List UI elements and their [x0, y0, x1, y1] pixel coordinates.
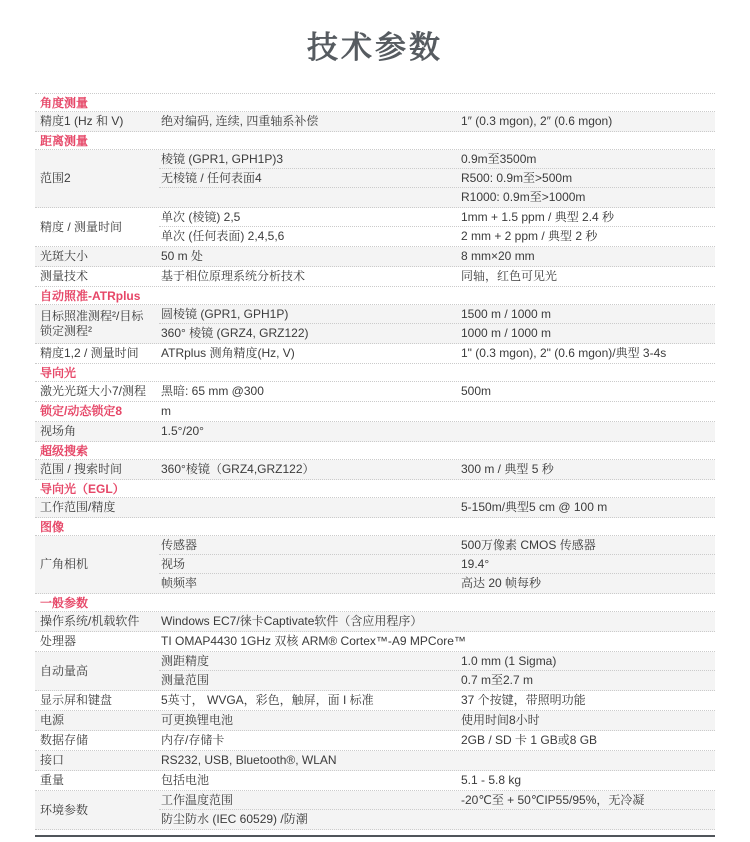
row-lines: 可更换锂电池使用时间8小时	[159, 711, 715, 730]
spec-line: 5英寸， WVGA，彩色，触屏，面 I 标准37 个按键，带照明功能	[159, 691, 715, 710]
cell-right: 1.0 mm (1 Sigma)	[459, 653, 715, 670]
row-label: 环境参数	[35, 791, 159, 829]
spec-row: 锁定/动态锁定8m	[35, 402, 715, 422]
spec-line: 工作温度范围-20℃至 + 50℃IP55/95%，无冷凝	[159, 791, 715, 810]
row-lines: 50 m 处8 mm×20 mm	[159, 247, 715, 266]
spec-row: 显示屏和键盘5英寸， WVGA，彩色，触屏，面 I 标准37 个按键，带照明功能	[35, 691, 715, 711]
spec-line: 圆棱镜 (GPR1, GPH1P)1500 m / 1000 m	[159, 305, 715, 324]
cell-mid: 防尘防水 (IEC 60529) /防潮	[159, 811, 459, 828]
section-header: 一般参数	[35, 594, 715, 612]
spec-row: 范围2棱镜 (GPR1, GPH1P)30.9m至3500m无棱镜 / 任何表面…	[35, 150, 715, 208]
cell-right: 37 个按键，带照明功能	[459, 692, 715, 709]
spec-line: 5-150m/典型5 cm @ 100 m	[159, 498, 715, 517]
cell-right: 5-150m/典型5 cm @ 100 m	[459, 499, 715, 516]
cell-mid: 视场	[159, 556, 459, 573]
cell-right: -20℃至 + 50℃IP55/95%，无冷凝	[459, 792, 715, 809]
cell-mid: RS232, USB, Bluetooth®, WLAN	[159, 752, 715, 769]
spec-row: 精度1,2 / 测量时间ATRplus 测角精度(Hz, V)1" (0.3 m…	[35, 344, 715, 364]
row-label: 测量技术	[35, 267, 159, 286]
spec-line: TI OMAP4430 1GHz 双核 ARM® Cortex™-A9 MPCo…	[159, 632, 715, 651]
row-lines: Windows EC7/徕卡Captivate软件（含应用程序）	[159, 612, 715, 631]
cell-mid: 测距精度	[159, 653, 459, 670]
cell-right: 高达 20 帧每秒	[459, 575, 715, 592]
cell-right: 同轴，红色可见光	[459, 268, 715, 285]
cell-right: 2 mm + 2 ppm / 典型 2 秒	[459, 228, 715, 245]
spec-row: 广角相机传感器500万像素 CMOS 传感器视场19.4°帧频率高达 20 帧每…	[35, 536, 715, 594]
cell-mid: 内存/存储卡	[159, 732, 459, 749]
cell-mid: 可更换锂电池	[159, 712, 459, 729]
row-lines: 包括电池5.1 - 5.8 kg	[159, 771, 715, 790]
row-label: 操作系统/机载软件	[35, 612, 159, 631]
row-lines: 5英寸， WVGA，彩色，触屏，面 I 标准37 个按键，带照明功能	[159, 691, 715, 710]
spec-row: 工作范围/精度5-150m/典型5 cm @ 100 m	[35, 498, 715, 518]
cell-mid: 1.5°/20°	[159, 423, 459, 440]
cell-mid	[159, 197, 459, 199]
cell-mid: 传感器	[159, 537, 459, 554]
page-title: 技术参数	[0, 0, 750, 67]
row-lines: 内存/存储卡2GB / SD 卡 1 GB或8 GB	[159, 731, 715, 750]
spec-line: 1.5°/20°	[159, 422, 715, 441]
spec-row: 电源可更换锂电池使用时间8小时	[35, 711, 715, 731]
spec-line: 基于相位原理系统分析技术同轴，红色可见光	[159, 267, 715, 286]
spec-line: 可更换锂电池使用时间8小时	[159, 711, 715, 730]
spec-row: 操作系统/机载软件Windows EC7/徕卡Captivate软件（含应用程序…	[35, 612, 715, 632]
cell-right: 300 m / 典型 5 秒	[459, 461, 715, 478]
cell-mid: 圆棱镜 (GPR1, GPH1P)	[159, 306, 459, 323]
spec-line: 单次 (棱镜) 2,51mm + 1.5 ppm / 典型 2.4 秒	[159, 208, 715, 227]
cell-mid: 绝对编码, 连续, 四重轴系补偿	[159, 113, 459, 130]
row-lines: 黑暗: 65 mm @300500m	[159, 382, 715, 401]
spec-line: 防尘防水 (IEC 60529) /防潮	[159, 810, 715, 829]
section-header: 角度测量	[35, 94, 715, 112]
spec-row: 环境参数工作温度范围-20℃至 + 50℃IP55/95%，无冷凝防尘防水 (I…	[35, 791, 715, 830]
spec-table: 角度测量精度1 (Hz 和 V)绝对编码, 连续, 四重轴系补偿1″ (0.3 …	[35, 93, 715, 830]
cell-right: R1000: 0.9m至>1000m	[459, 189, 715, 206]
row-label: 电源	[35, 711, 159, 730]
row-lines: m	[159, 402, 715, 421]
row-label: 广角相机	[35, 536, 159, 593]
spec-line: 测量范围0.7 m至2.7 m	[159, 671, 715, 690]
cell-mid: 单次 (任何表面) 2,4,5,6	[159, 228, 459, 245]
spec-line: m	[159, 402, 715, 421]
cell-mid: 测量范围	[159, 672, 459, 689]
row-label: 处理器	[35, 632, 159, 651]
row-lines: 5-150m/典型5 cm @ 100 m	[159, 498, 715, 517]
spec-line: 测距精度1.0 mm (1 Sigma)	[159, 652, 715, 671]
cell-mid: 无棱镜 / 任何表面4	[159, 170, 459, 187]
cell-right: 1000 m / 1000 m	[459, 325, 715, 342]
row-label: 范围 / 搜索时间	[35, 460, 159, 479]
row-lines: 360°棱镜（GRZ4,GRZ122）300 m / 典型 5 秒	[159, 460, 715, 479]
spec-line: RS232, USB, Bluetooth®, WLAN	[159, 751, 715, 770]
cell-mid: 50 m 处	[159, 248, 459, 265]
cell-mid: 帧频率	[159, 575, 459, 592]
row-label: 目标照准测程²/目标锁定测程²	[35, 305, 159, 343]
row-lines: 基于相位原理系统分析技术同轴，红色可见光	[159, 267, 715, 286]
spec-line: 黑暗: 65 mm @300500m	[159, 382, 715, 401]
spec-row: 范围 / 搜索时间360°棱镜（GRZ4,GRZ122）300 m / 典型 5…	[35, 460, 715, 480]
spec-line: 内存/存储卡2GB / SD 卡 1 GB或8 GB	[159, 731, 715, 750]
cell-mid: 360° 棱镜 (GRZ4, GRZ122)	[159, 325, 459, 342]
cell-right: 0.9m至3500m	[459, 151, 715, 168]
cell-right: 1″ (0.3 mgon), 2″ (0.6 mgon)	[459, 113, 715, 130]
row-label: 视场角	[35, 422, 159, 441]
cell-right: 19.4°	[459, 556, 715, 573]
spec-row: 自动量高测距精度1.0 mm (1 Sigma)测量范围0.7 m至2.7 m	[35, 652, 715, 691]
cell-mid: TI OMAP4430 1GHz 双核 ARM® Cortex™-A9 MPCo…	[159, 633, 715, 650]
row-label: 精度 / 测量时间	[35, 208, 159, 246]
cell-mid: 单次 (棱镜) 2,5	[159, 209, 459, 226]
spec-row: 目标照准测程²/目标锁定测程²圆棱镜 (GPR1, GPH1P)1500 m /…	[35, 305, 715, 344]
spec-line: 视场19.4°	[159, 555, 715, 574]
spec-line: 帧频率高达 20 帧每秒	[159, 574, 715, 593]
cell-right: 使用时间8小时	[459, 712, 715, 729]
spec-row: 接口RS232, USB, Bluetooth®, WLAN	[35, 751, 715, 771]
spec-row: 处理器TI OMAP4430 1GHz 双核 ARM® Cortex™-A9 M…	[35, 632, 715, 652]
spec-line: 50 m 处8 mm×20 mm	[159, 247, 715, 266]
row-label: 数据存储	[35, 731, 159, 750]
spec-line: 绝对编码, 连续, 四重轴系补偿1″ (0.3 mgon), 2″ (0.6 m…	[159, 112, 715, 131]
spec-line: 360°棱镜（GRZ4,GRZ122）300 m / 典型 5 秒	[159, 460, 715, 479]
spec-line: 包括电池5.1 - 5.8 kg	[159, 771, 715, 790]
cell-mid: ATRplus 测角精度(Hz, V)	[159, 345, 459, 362]
row-lines: RS232, USB, Bluetooth®, WLAN	[159, 751, 715, 770]
cell-mid: 工作温度范围	[159, 792, 459, 809]
section-header: 距离测量	[35, 132, 715, 150]
cell-mid: 360°棱镜（GRZ4,GRZ122）	[159, 461, 459, 478]
spec-line: 传感器500万像素 CMOS 传感器	[159, 536, 715, 555]
row-lines: 测距精度1.0 mm (1 Sigma)测量范围0.7 m至2.7 m	[159, 652, 715, 690]
cell-right: 5.1 - 5.8 kg	[459, 772, 715, 789]
cell-right: 0.7 m至2.7 m	[459, 672, 715, 689]
cell-right: 500m	[459, 383, 715, 400]
section-header: 导向光	[35, 364, 715, 382]
row-label: 精度1 (Hz 和 V)	[35, 112, 159, 131]
cell-mid: 包括电池	[159, 772, 459, 789]
cell-right: 1500 m / 1000 m	[459, 306, 715, 323]
row-lines: 工作温度范围-20℃至 + 50℃IP55/95%，无冷凝防尘防水 (IEC 6…	[159, 791, 715, 829]
row-label-accent: 锁定/动态锁定8	[35, 402, 159, 421]
cell-mid	[159, 507, 459, 509]
spec-line: 单次 (任何表面) 2,4,5,62 mm + 2 ppm / 典型 2 秒	[159, 227, 715, 246]
row-label: 精度1,2 / 测量时间	[35, 344, 159, 363]
row-lines: 传感器500万像素 CMOS 传感器视场19.4°帧频率高达 20 帧每秒	[159, 536, 715, 593]
row-lines: 圆棱镜 (GPR1, GPH1P)1500 m / 1000 m360° 棱镜 …	[159, 305, 715, 343]
spec-line: 360° 棱镜 (GRZ4, GRZ122)1000 m / 1000 m	[159, 324, 715, 343]
spec-row: 精度 / 测量时间单次 (棱镜) 2,51mm + 1.5 ppm / 典型 2…	[35, 208, 715, 247]
cell-right: R500: 0.9m至>500m	[459, 170, 715, 187]
cell-right: 1" (0.3 mgon), 2" (0.6 mgon)/典型 3-4s	[459, 345, 715, 362]
row-label: 范围2	[35, 150, 159, 207]
section-header: 自动照准-ATRplus	[35, 287, 715, 305]
row-label: 激光光斑大小7/测程	[35, 382, 159, 401]
cell-mid: 基于相位原理系统分析技术	[159, 268, 459, 285]
cell-right: 2GB / SD 卡 1 GB或8 GB	[459, 732, 715, 749]
cell-right	[459, 819, 715, 821]
cell-mid: Windows EC7/徕卡Captivate软件（含应用程序）	[159, 613, 715, 630]
spec-line: 棱镜 (GPR1, GPH1P)30.9m至3500m	[159, 150, 715, 169]
row-label: 自动量高	[35, 652, 159, 690]
cell-right: 8 mm×20 mm	[459, 248, 715, 265]
spec-row: 精度1 (Hz 和 V)绝对编码, 连续, 四重轴系补偿1″ (0.3 mgon…	[35, 112, 715, 132]
row-lines: ATRplus 测角精度(Hz, V)1" (0.3 mgon), 2" (0.…	[159, 344, 715, 363]
row-label: 显示屏和键盘	[35, 691, 159, 710]
cell-mid: m	[159, 403, 459, 420]
cell-right: 1mm + 1.5 ppm / 典型 2.4 秒	[459, 209, 715, 226]
spec-row: 重量包括电池5.1 - 5.8 kg	[35, 771, 715, 791]
spec-row: 激光光斑大小7/测程黑暗: 65 mm @300500m	[35, 382, 715, 402]
row-label: 接口	[35, 751, 159, 770]
section-header: 超级搜索	[35, 442, 715, 460]
section-header: 导向光（EGL）	[35, 480, 715, 498]
cell-mid: 黑暗: 65 mm @300	[159, 383, 459, 400]
cell-mid: 5英寸， WVGA，彩色，触屏，面 I 标准	[159, 692, 459, 709]
spec-row: 数据存储内存/存储卡2GB / SD 卡 1 GB或8 GB	[35, 731, 715, 751]
cell-right	[459, 411, 715, 413]
row-label: 重量	[35, 771, 159, 790]
spec-line: ATRplus 测角精度(Hz, V)1" (0.3 mgon), 2" (0.…	[159, 344, 715, 363]
bottom-divider	[35, 835, 715, 837]
spec-line: Windows EC7/徕卡Captivate软件（含应用程序）	[159, 612, 715, 631]
cell-mid: 棱镜 (GPR1, GPH1P)3	[159, 151, 459, 168]
spec-row: 光斑大小50 m 处8 mm×20 mm	[35, 247, 715, 267]
spec-line: 无棱镜 / 任何表面4R500: 0.9m至>500m	[159, 169, 715, 188]
row-lines: 1.5°/20°	[159, 422, 715, 441]
row-label: 工作范围/精度	[35, 498, 159, 517]
row-lines: 棱镜 (GPR1, GPH1P)30.9m至3500m无棱镜 / 任何表面4R5…	[159, 150, 715, 207]
row-label: 光斑大小	[35, 247, 159, 266]
cell-right: 500万像素 CMOS 传感器	[459, 537, 715, 554]
spec-line: R1000: 0.9m至>1000m	[159, 188, 715, 207]
cell-right	[459, 431, 715, 433]
row-lines: TI OMAP4430 1GHz 双核 ARM® Cortex™-A9 MPCo…	[159, 632, 715, 651]
spec-row: 视场角1.5°/20°	[35, 422, 715, 442]
section-header: 图像	[35, 518, 715, 536]
row-lines: 单次 (棱镜) 2,51mm + 1.5 ppm / 典型 2.4 秒单次 (任…	[159, 208, 715, 246]
row-lines: 绝对编码, 连续, 四重轴系补偿1″ (0.3 mgon), 2″ (0.6 m…	[159, 112, 715, 131]
spec-row: 测量技术基于相位原理系统分析技术同轴，红色可见光	[35, 267, 715, 287]
